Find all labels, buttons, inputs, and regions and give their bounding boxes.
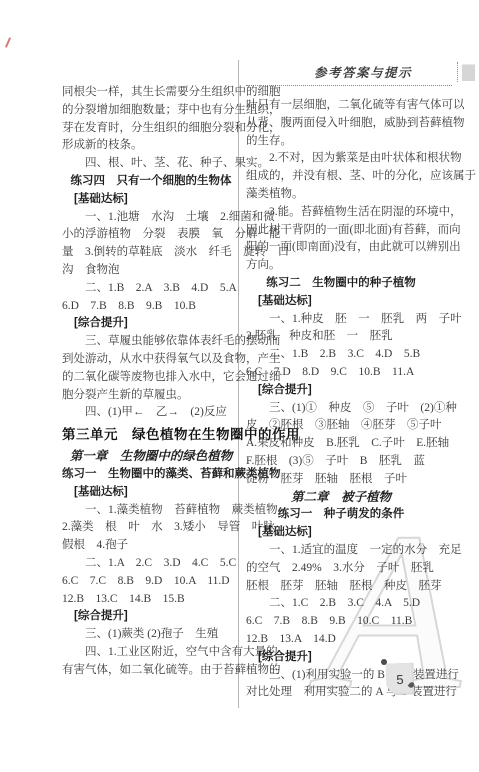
text-line: 到处游动，从水中获得氧气以及食物，产生 <box>62 351 240 369</box>
text-line: 有害气体，如二氧化硫等。由于苔藓植物的 <box>62 662 240 680</box>
text-line: 假根 4.孢子 <box>62 537 240 555</box>
header-title: 参考答案与提示 <box>314 66 412 80</box>
scanned-answer-page: 参考答案与提示 A 同根尖一样，其生长需要分生组织中的细胞的分裂增加细胞数量；芽… <box>0 0 479 772</box>
text-line: 量 3.倒转的草鞋底 淡水 纤毛 旋转 口 <box>62 244 240 262</box>
text-line: 一、1.藻类植物 苔藓植物 蕨类植物 <box>62 502 240 520</box>
text-line: 沟 食物泡 <box>62 262 240 280</box>
text-line: 6.C 7.B 8.B 9.B 10.C 11.B <box>246 613 436 631</box>
text-line: 3.能。苔藓植物生活在阴湿的环境中， <box>246 204 436 222</box>
text-line: 胚根 胚芽 胚轴 胚根 种皮 胚芽 <box>246 578 436 596</box>
header-tab-marker <box>457 62 475 82</box>
text-line: 第三单元 绿色植物在生物圈中的作用 <box>62 422 240 448</box>
text-line: 同根尖一样，其生长需要分生组织中的细胞 <box>62 84 240 102</box>
text-line: 方向。 <box>246 257 436 275</box>
text-line: 的分裂增加细胞数量；芽中也有分生组织， <box>62 102 240 120</box>
text-line: 二、1.C 2.B 3.C 4.A 5.D <box>246 595 436 613</box>
text-line: 第二章 被子植物 <box>246 489 436 507</box>
text-line: 淀粉 胚芽 胚轴 胚根 子叶 <box>246 471 436 489</box>
text-line: [基础达标] <box>246 524 436 542</box>
text-line: 三、(1)① 种皮 ⑤ 子叶 (2)①种 <box>246 400 436 418</box>
badge-dot-icon <box>381 659 387 665</box>
text-line: 练习四 只有一个细胞的生物体 <box>62 173 240 191</box>
text-line: 练习一 生物圈中的藻类、苔藓和蕨类植物 <box>62 466 240 484</box>
text-line: 的空气 2.49% 3.水分 子叶 胚乳 <box>246 560 436 578</box>
text-line: 的二氧化碳等废物也排入水中，它会通过细 <box>62 369 240 387</box>
text-line: 2.不对，因为紫菜是由叶状体和根状物 <box>246 150 436 168</box>
right-column: 叶只有一层细胞，二氧化硫等有害气体可以从背、腹两面侵入叶细胞，威胁到苔藓植物的生… <box>246 97 436 702</box>
text-line: 的生存。 <box>246 133 436 151</box>
text-line: 四、1.工业区附近，空气中含有大量的 <box>62 644 240 662</box>
page-number: 5 <box>396 671 404 686</box>
header-tab-icon <box>462 64 475 81</box>
text-line: 叶只有一层细胞，二氧化硫等有害气体可以 <box>246 97 436 115</box>
text-line: 6.C 7.D 8.D 9.C 10.B 11.A <box>246 364 436 382</box>
text-line: 芽在发育时，分生组织的细胞分裂和分化， <box>62 120 240 138</box>
text-line: 一、1.种皮 胚 一 胚乳 两 子叶 <box>246 311 436 329</box>
text-line: 三、草履虫能够依靠体表纤毛的摆动而 <box>62 333 240 351</box>
text-line: 藻类植物。 <box>246 186 436 204</box>
text-line: 6.C 7.C 8.B 9.D 10.A 11.D <box>62 573 240 591</box>
text-line: 胞分裂产生新的草履虫。 <box>62 387 240 405</box>
red-pen-mark <box>5 37 11 48</box>
text-line: [综合提升] <box>246 382 436 400</box>
text-line: 12.B 13.A 14.D <box>246 631 436 649</box>
text-line: 2.胚乳 种皮和胚 一 胚乳 <box>246 328 436 346</box>
text-line: [综合提升] <box>62 608 240 626</box>
left-column: 同根尖一样，其生长需要分生组织中的细胞的分裂增加细胞数量；芽中也有分生组织，芽在… <box>62 84 240 680</box>
text-line: 阳的一面(即南面)没有，由此就可以辨别出 <box>246 239 436 257</box>
text-line: 皮 ②胚根 ③胚轴 ④胚芽 ⑤子叶 <box>246 417 436 435</box>
text-line: 因此树干背阴的一面(即北面)有苔藓，而向 <box>246 222 436 240</box>
running-header: 参考答案与提示 <box>246 63 452 86</box>
text-line: 从背、腹两面侵入叶细胞，威胁到苔藓植物 <box>246 115 436 133</box>
text-line: A.果皮和种皮 B.胚乳 C.子叶 E.胚轴 <box>246 435 436 453</box>
text-line: [基础达标] <box>246 293 436 311</box>
text-line: 6.D 7.B 8.B 9.B 10.B <box>62 298 240 316</box>
text-line: [综合提升] <box>62 315 240 333</box>
text-line: 组成的，并没有根、茎、叶的分化，应该属于 <box>246 168 436 186</box>
text-line: 二、1.A 2.C 3.D 4.C 5.C <box>62 555 240 573</box>
text-line: 2.藻类 根 叶 水 3.矮小 导管 叶脉 <box>62 519 240 537</box>
text-line: 四、(1)甲← 乙→ (2)反应 <box>62 404 240 422</box>
text-line: 二、1.B 2.B 3.C 4.D 5.B <box>246 346 436 364</box>
text-line: 四、根、叶、茎、花、种子、果实。 <box>62 155 240 173</box>
text-line: [基础达标] <box>62 191 240 209</box>
text-line: F.胚根 (3)⑤ 子叶 B 胚乳 蓝 <box>246 453 436 471</box>
text-line: 二、1.B 2.A 3.B 4.D 5.A <box>62 280 240 298</box>
text-line: 第一章 生物圈中的绿色植物 <box>62 448 240 466</box>
text-line: 12.B 13.C 14.B 15.B <box>62 591 240 609</box>
text-line: 三、(1)蕨类 (2)孢子 生殖 <box>62 626 240 644</box>
text-line: 小的浮游植物 分裂 表膜 氧 分解 能 <box>62 226 240 244</box>
text-line: 一、1.池塘 水沟 土壤 2.细菌和微 <box>62 209 240 227</box>
text-line: [基础达标] <box>62 484 240 502</box>
text-line: 练习二 生物圈中的种子植物 <box>246 275 436 293</box>
text-line: 练习一 种子萌发的条件 <box>246 506 436 524</box>
text-line: 形成新的枝条。 <box>62 137 240 155</box>
text-line: 一、1.适宜的温度 一定的水分 充足 <box>246 542 436 560</box>
